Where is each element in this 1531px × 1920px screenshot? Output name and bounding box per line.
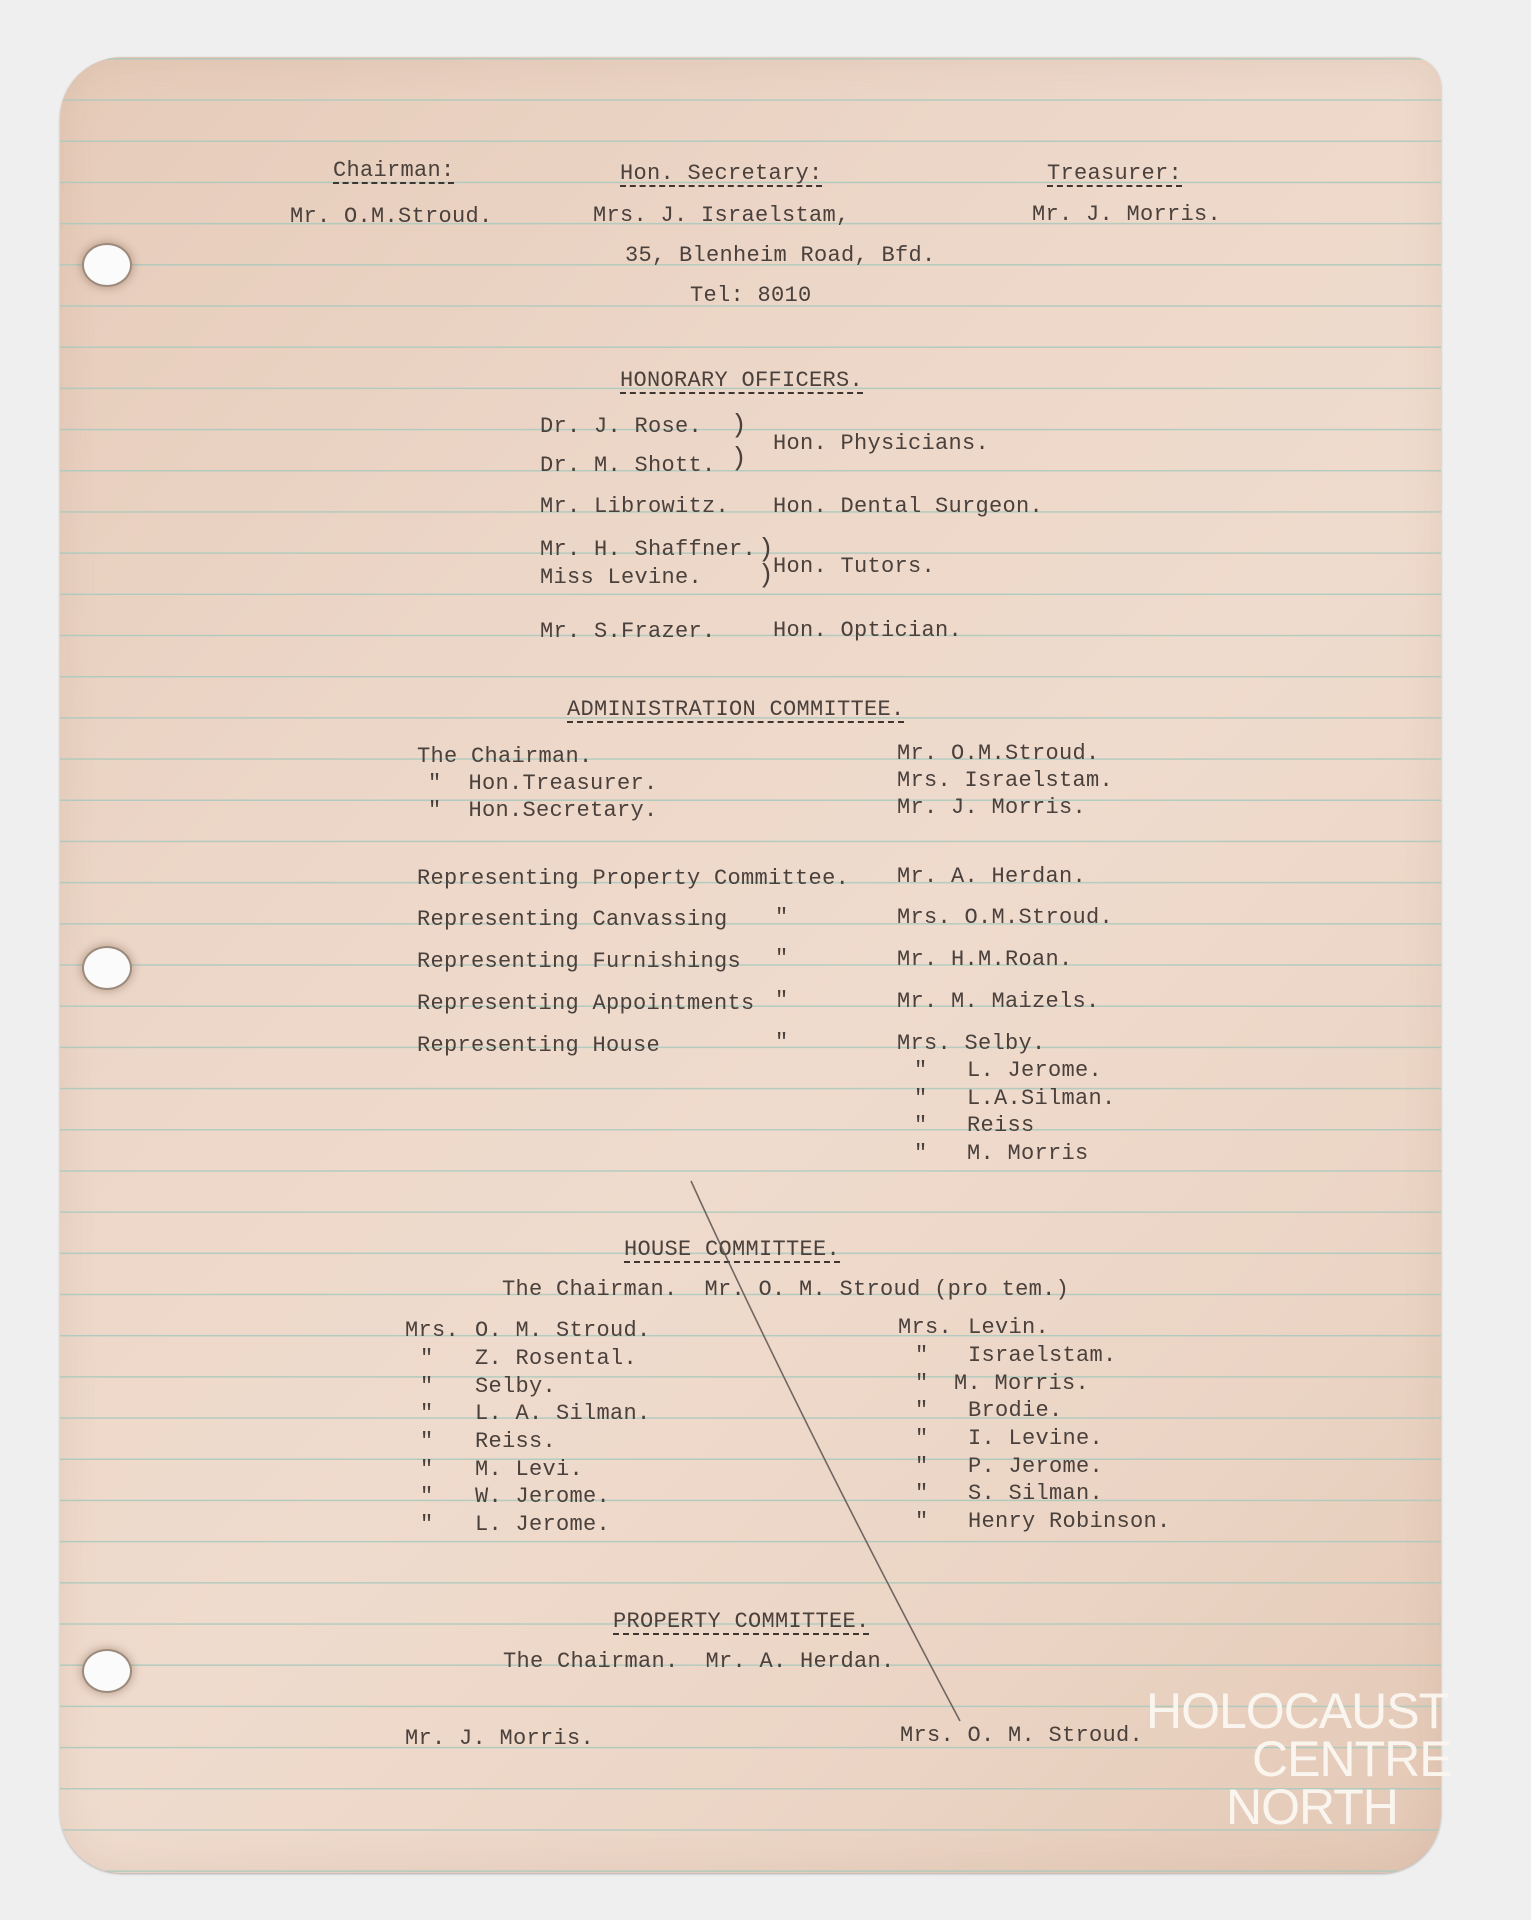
officer-name: Miss Levine. (540, 565, 702, 591)
ditto-mark: " (914, 1141, 928, 1167)
rep-role: Representing Canvassing (417, 907, 728, 933)
house-right-name: M. Morris. (954, 1371, 1089, 1397)
property-member: Mrs. O. M. Stroud. (900, 1723, 1143, 1749)
treasurer-name: Mr. J. Morris. (1032, 202, 1221, 228)
document-page (60, 57, 1441, 1873)
rep-name: Mr. A. Herdan. (897, 864, 1086, 890)
officer-name: Mr. S.Frazer. (540, 619, 716, 645)
ditto-mark: " (775, 946, 789, 972)
punch-hole-top (84, 245, 130, 285)
rep-role: Representing Furnishings (417, 949, 741, 975)
secretary-address: 35, Blenheim Road, Bfd. (625, 243, 936, 269)
bracket: ) (758, 560, 774, 590)
property-chair-line: The Chairman. Mr. A. Herdan. (503, 1649, 895, 1675)
house-committee-title: HOUSE COMMITTEE. (624, 1237, 840, 1263)
house-left-name: L. Jerome. (475, 1512, 610, 1538)
ditto-mark: " (914, 1086, 928, 1112)
officer-name: Mr. Librowitz. (540, 494, 729, 520)
house-right-prefix: " (915, 1343, 929, 1369)
house-left-name: L. A. Silman. (475, 1401, 651, 1427)
house-right-name: I. Levine. (968, 1426, 1103, 1452)
officer-name: Dr. M. Shott. (540, 453, 716, 479)
house-left-name: M. Levi. (475, 1457, 583, 1483)
house-right-prefix: " (915, 1426, 929, 1452)
house-left-name: Selby. (475, 1374, 556, 1400)
rep-name: L.A.Silman. (967, 1086, 1116, 1112)
rep-name: L. Jerome. (967, 1058, 1102, 1084)
house-right-name: Levin. (968, 1315, 1049, 1341)
watermark-line-2: CENTRE (1252, 1734, 1452, 1784)
ditto-mark: " (914, 1058, 928, 1084)
admin-role: The Chairman. (417, 744, 593, 770)
honorary-officers-title: HONORARY OFFICERS. (620, 368, 863, 394)
house-right-name: Henry Robinson. (968, 1509, 1171, 1535)
house-left-prefix: " (420, 1346, 434, 1372)
admin-name: Mr. O.M.Stroud. (897, 741, 1100, 767)
house-right-name: S. Silman. (968, 1481, 1103, 1507)
house-right-name: Brodie. (968, 1398, 1063, 1424)
admin-name: Mrs. Israelstam. (897, 768, 1113, 794)
admin-role: " Hon.Secretary. (428, 798, 658, 824)
house-left-prefix: " (420, 1401, 434, 1427)
chairman-label: Chairman: (333, 158, 455, 184)
ditto-mark: " (775, 1030, 789, 1056)
rep-name: M. Morris (967, 1141, 1089, 1167)
officer-role: Hon. Optician. (773, 618, 962, 644)
watermark-line-1: HOLOCAUST (1146, 1686, 1448, 1736)
admin-name: Mr. J. Morris. (897, 795, 1086, 821)
house-right-prefix: " (915, 1481, 929, 1507)
ditto-mark: " (775, 905, 789, 931)
punch-hole-middle (84, 948, 130, 988)
house-left-prefix: " (420, 1457, 434, 1483)
house-left-name: O. M. Stroud. (475, 1318, 651, 1344)
secretary-label: Hon. Secretary: (620, 161, 823, 187)
punch-hole-bottom (84, 1651, 130, 1691)
rep-role: Representing Property Committee. (417, 866, 849, 892)
administration-committee-title: ADMINISTRATION COMMITTEE. (567, 697, 905, 723)
house-right-prefix: Mrs. (898, 1315, 952, 1341)
house-right-name: Israelstam. (968, 1343, 1117, 1369)
watermark-line-3: NORTH (1226, 1782, 1398, 1832)
house-left-name: Z. Rosental. (475, 1346, 637, 1372)
house-left-prefix: " (420, 1484, 434, 1510)
rep-name: Reiss (967, 1113, 1035, 1139)
officer-role: Hon. Tutors. (773, 554, 935, 580)
officer-name: Dr. J. Rose. (540, 414, 702, 440)
property-committee-title: PROPERTY COMMITTEE. (613, 1609, 870, 1635)
chairman-name: Mr. O.M.Stroud. (290, 204, 493, 230)
house-right-prefix: " (915, 1454, 929, 1480)
rep-role: Representing Appointments (417, 991, 755, 1017)
house-right-prefix: " (915, 1398, 929, 1424)
rep-name: Mr. H.M.Roan. (897, 947, 1073, 973)
house-right-name: P. Jerome. (968, 1454, 1103, 1480)
ditto-mark: " (914, 1113, 928, 1139)
house-left-name: W. Jerome. (475, 1484, 610, 1510)
house-left-prefix: " (420, 1374, 434, 1400)
treasurer-label: Treasurer: (1047, 161, 1182, 187)
property-member: Mr. J. Morris. (405, 1726, 594, 1752)
secretary-name: Mrs. J. Israelstam, (593, 203, 850, 229)
ruled-lines (60, 57, 1441, 1873)
house-left-prefix: " (420, 1512, 434, 1538)
house-left-prefix: Mrs. (405, 1318, 459, 1344)
house-left-name: Reiss. (475, 1429, 556, 1455)
bracket: ) (731, 410, 747, 440)
rep-name: Mrs. O.M.Stroud. (897, 905, 1113, 931)
house-right-prefix: " (915, 1371, 929, 1397)
house-left-prefix: " (420, 1429, 434, 1455)
admin-role: " Hon.Treasurer. (428, 771, 658, 797)
house-right-prefix: " (915, 1509, 929, 1535)
rep-role: Representing House (417, 1033, 660, 1059)
officer-role: Hon. Dental Surgeon. (773, 494, 1043, 520)
secretary-tel: Tel: 8010 (690, 283, 812, 309)
bracket: ) (731, 443, 747, 473)
rep-name: Mr. M. Maizels. (897, 989, 1100, 1015)
officer-name: Mr. H. Shaffner. (540, 537, 756, 563)
house-chair-line: The Chairman. Mr. O. M. Stroud (pro tem.… (502, 1277, 1069, 1303)
officer-role: Hon. Physicians. (773, 431, 989, 457)
rep-name: Mrs. Selby. (897, 1031, 1046, 1057)
ditto-mark: " (775, 988, 789, 1014)
